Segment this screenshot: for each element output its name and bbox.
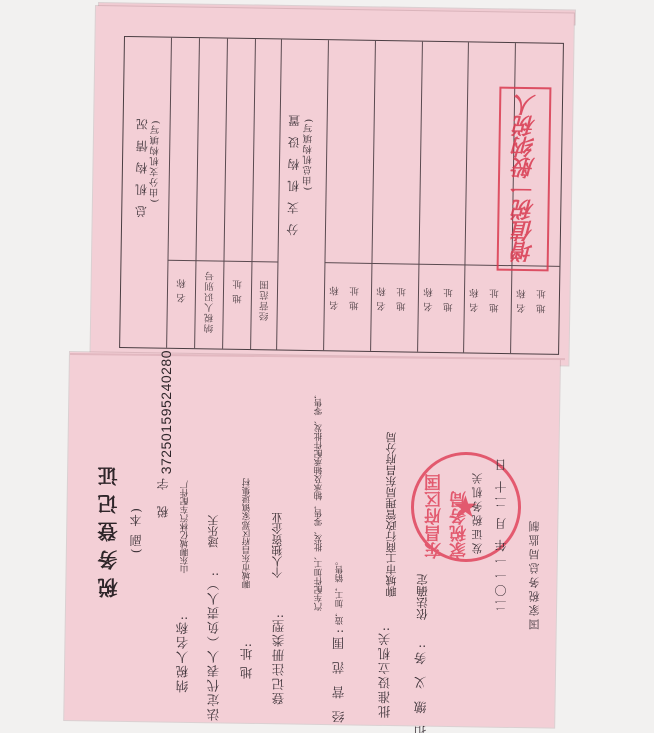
issuing-authority-label: 发证税务机关 xyxy=(470,470,486,554)
tax-word-label: 税 字 xyxy=(154,472,171,518)
branch-4-address-label: 地 址 xyxy=(489,288,503,313)
head-office-taxid-label: 纳税人识别号 xyxy=(203,270,218,333)
branch-note: (由总机构填写) xyxy=(302,118,317,191)
row-divider xyxy=(222,39,228,349)
address-value: 聊城市东昌府区郑家镇逯集村 xyxy=(241,478,253,589)
branch-heading: 分 支 机 构 设 置 xyxy=(284,112,303,236)
address-label: 地 址: xyxy=(238,642,256,679)
branch-5-name-label: 名 称 xyxy=(516,288,530,313)
business-scope-value-line1: 汽车配件加工、批发、零售，轴承及轴承配件批发、零售， xyxy=(313,390,325,611)
row-divider xyxy=(276,39,282,349)
approving-authority-label: 批准设立机关: xyxy=(376,625,394,718)
branch-5-address-label: 地 址 xyxy=(536,289,550,314)
general-taxpayer-stamp-text: 增值税一般纳税人 xyxy=(507,95,541,263)
branch-3-name-label: 名 称 xyxy=(423,287,437,312)
business-scope-label: 经 营 范 围: xyxy=(330,625,348,723)
branch-3-address-label: 地 址 xyxy=(443,287,457,312)
row-divider xyxy=(250,39,256,349)
row-divider xyxy=(166,38,172,348)
branch-1-address-label: 地 址 xyxy=(349,286,363,311)
approving-authority-value: 聊城市工商行政管理局东昌府分局 xyxy=(384,432,400,597)
supervised-by: 国家税务总局监制 xyxy=(527,518,543,630)
branch-1-name-label: 名 称 xyxy=(329,285,343,310)
general-taxpayer-stamp: 增值税一般纳税人 xyxy=(497,87,552,272)
branch-2-name-label: 名 称 xyxy=(376,286,390,311)
row-divider xyxy=(194,38,200,348)
taxpayer-name-value: 山东聊城亿林汽车配件厂 xyxy=(179,480,191,574)
head-office-name-label: 名 称 xyxy=(176,278,190,303)
legal-rep-label: 法定代表人（负责人）: xyxy=(205,570,223,721)
head-office-scope-label: 经营范围 xyxy=(259,279,274,321)
branch-2-address-label: 地 址 xyxy=(396,286,410,311)
certificate-subtitle: (副 本) xyxy=(127,506,144,553)
issue-date: 二〇一一年 月 二十 日 xyxy=(492,456,509,611)
taxpayer-name-label: 纳税人名称: xyxy=(174,614,192,693)
registration-type-value: 个人独资企业 xyxy=(270,512,286,578)
business-scope-value-line2: 造，加工，销售。 xyxy=(334,557,346,625)
legal-rep-value: 逯乐天 xyxy=(206,515,222,548)
head-office-address-label: 地 址 xyxy=(232,279,246,304)
certificate-title: 税务登记证 xyxy=(94,458,123,598)
head-office-note: (由分支机构填写) xyxy=(148,119,163,202)
branch-4-name-label: 名 称 xyxy=(469,287,483,312)
tax-number: 372501595240280 xyxy=(158,350,174,474)
withholding-label: 扣 缴 义 务: xyxy=(412,640,430,733)
registration-type-label: 登记注册类型: xyxy=(270,612,288,705)
withholding-value: 依法确定 xyxy=(414,574,430,620)
